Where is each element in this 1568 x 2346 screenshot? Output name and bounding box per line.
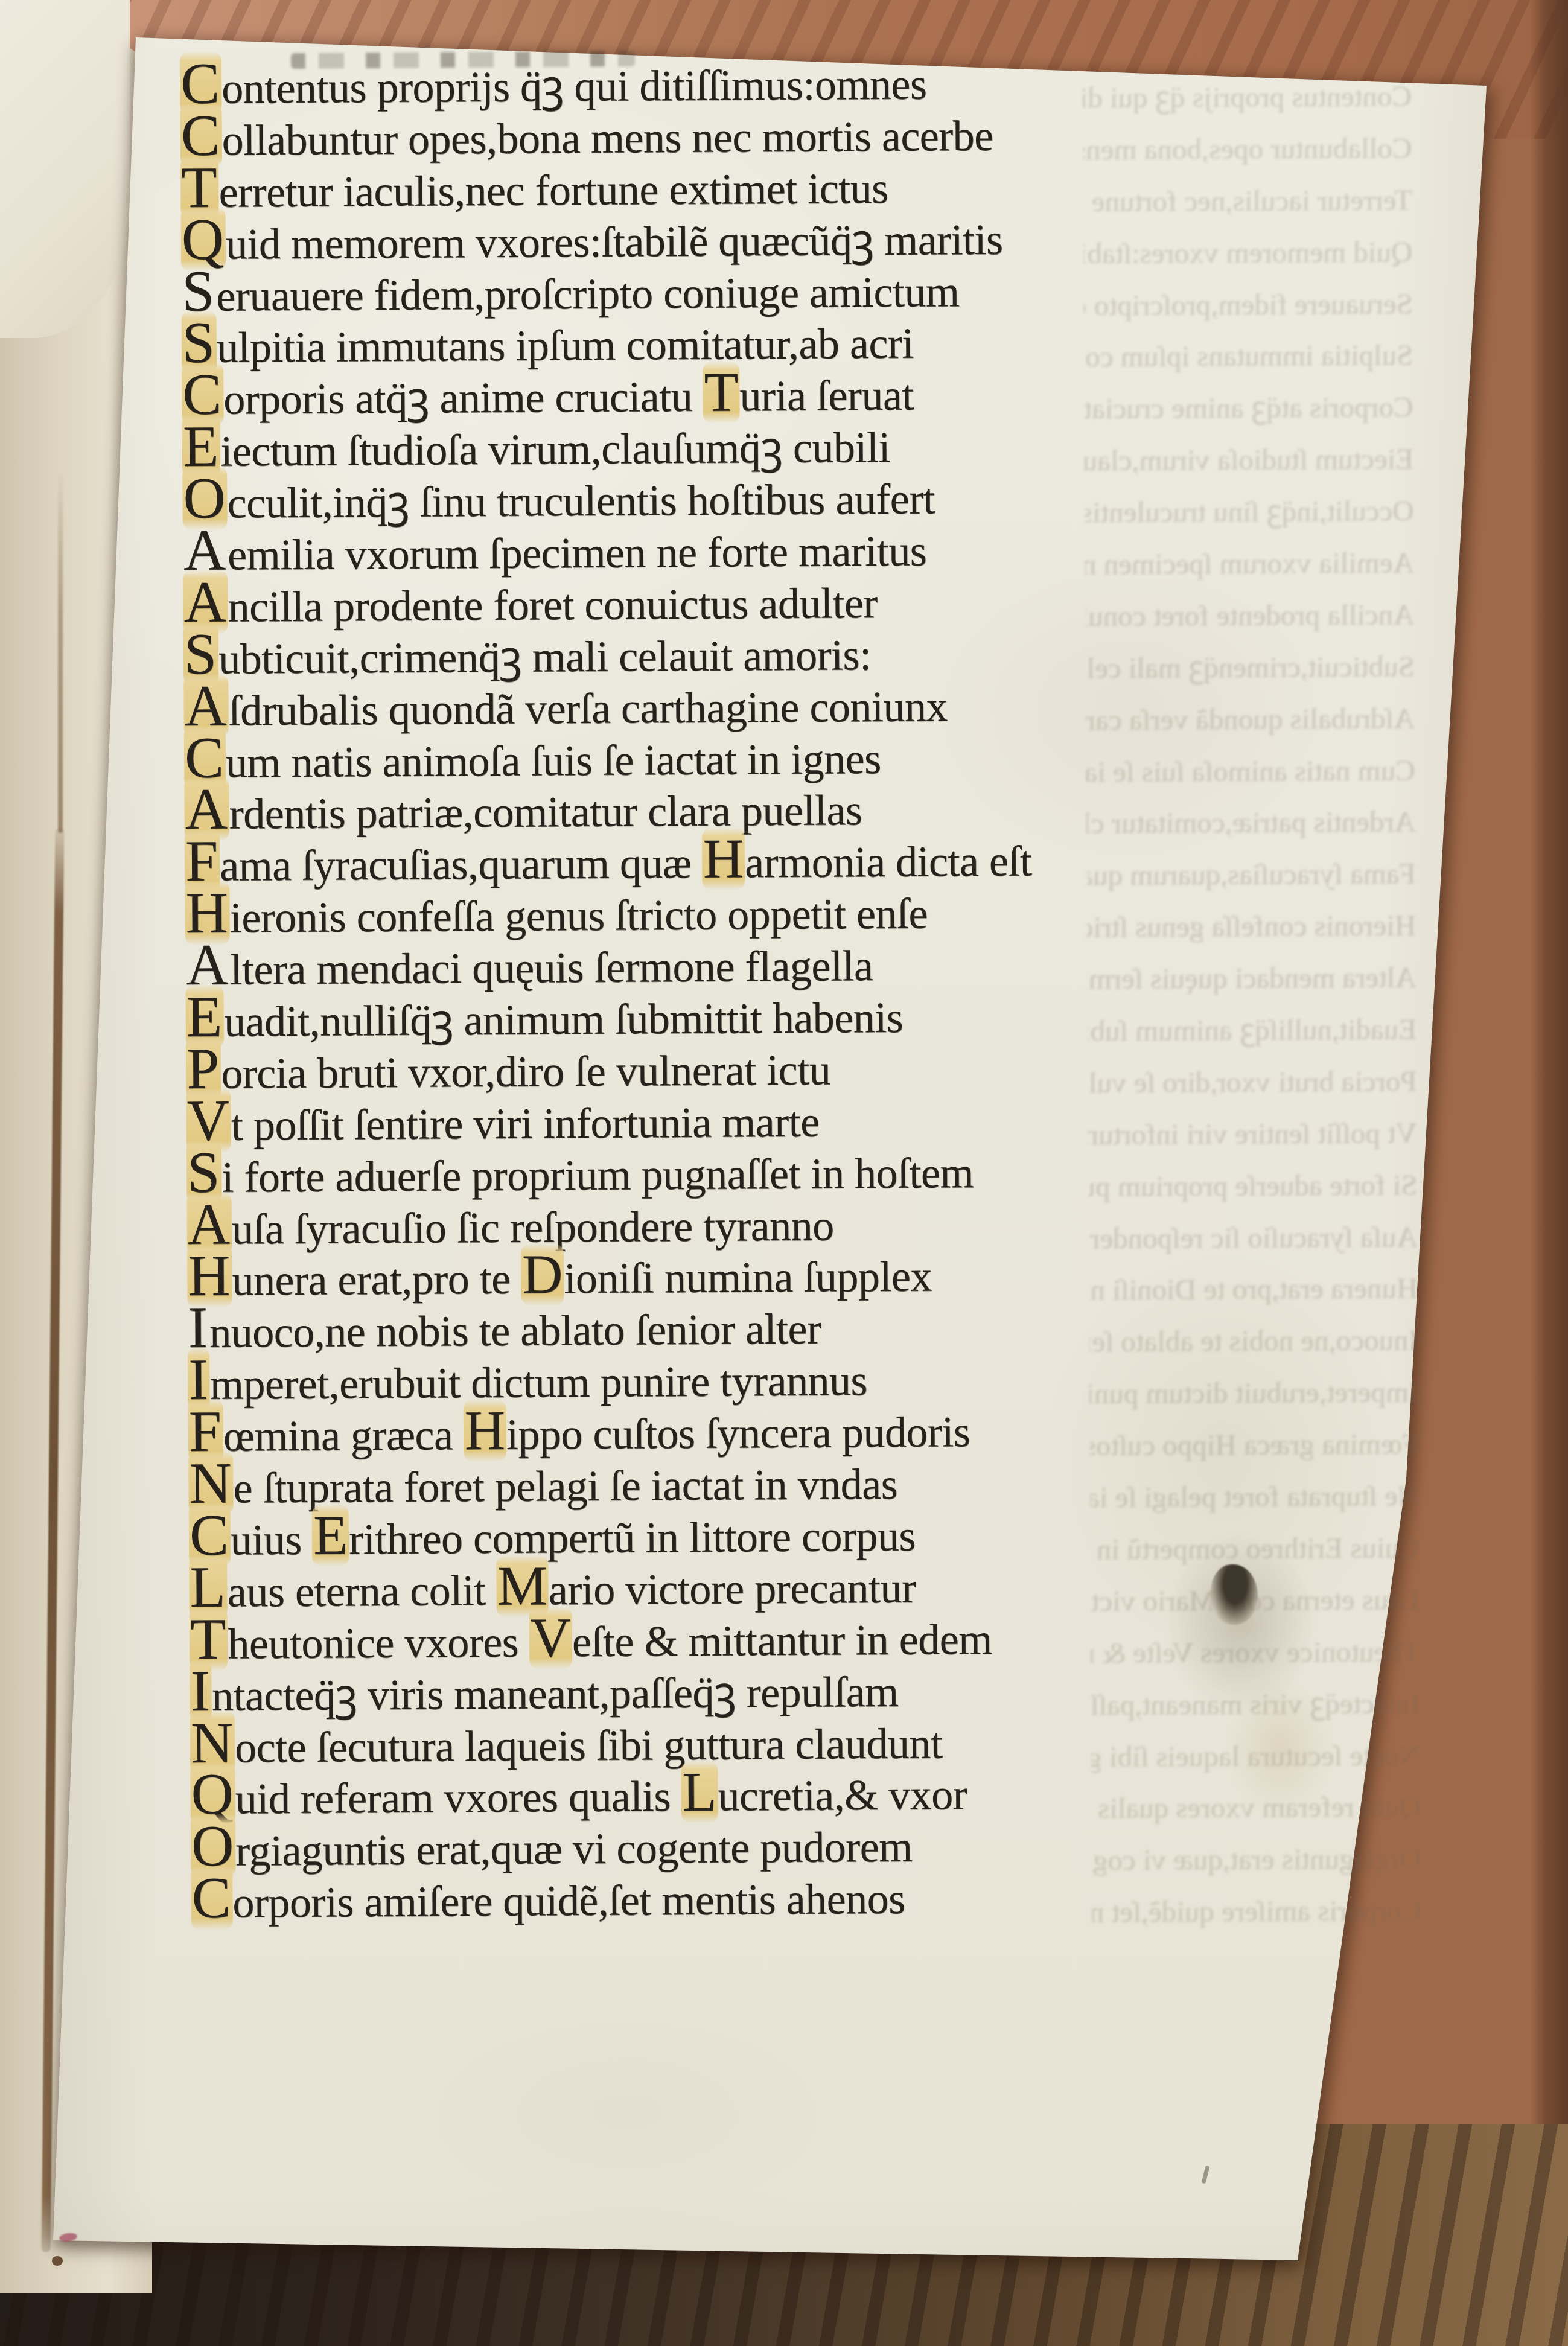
bleed-through-line: Hunera erat,pro te Dioniſi numina ſupple… xyxy=(1089,1263,1418,1316)
poem-line: Imperet,erubuit dictum punire tyrannus xyxy=(188,1348,1129,1406)
line-text: eruauere fidem,proſcripto coniuge amictu… xyxy=(216,267,959,320)
line-text: ieronis confeſſa genus ſtricto oppetit e… xyxy=(230,890,928,942)
midline-capital-highlighted: H xyxy=(463,1400,506,1462)
poem-line: Contentus proprijs q̈ꝫ qui ditiſſimus:om… xyxy=(180,52,1121,109)
poem-line: Fœmina græca Hippo cuſtos ſyncera pudori… xyxy=(188,1400,1130,1458)
bleed-through-line: Corporis amiſere quidẽ,ſet mentis ahenos xyxy=(1092,1885,1421,1939)
bleed-through-line: Auſa ſyracuſio ſic reſpondere tyranno xyxy=(1089,1211,1418,1264)
bleed-through-line: Altera mendaci quęuis ſermone flagella xyxy=(1087,952,1416,1006)
poem-line: Occulit,inq̈ꝫ ſinu truculentis hoſtibus … xyxy=(182,467,1124,524)
poem-line: Ancilla prodente foret conuictus adulter xyxy=(183,570,1124,628)
bleed-through-line: Sulpitia immutans ipſum comitatur,ab acr… xyxy=(1084,330,1413,383)
poem-line: Collabuntur opes,bona mens nec mortis ac… xyxy=(180,104,1122,161)
line-text: rithreo compertũ in littore corpus xyxy=(349,1512,916,1564)
bleed-through-line: Ancilla prodente foret conuictus adulter xyxy=(1085,588,1414,642)
line-text: orporis atq̈ꝫ anime cruciatu xyxy=(223,372,703,424)
line-text: ntacteq̈ꝫ viris maneant,paſſeq̈ꝫ repulſa… xyxy=(212,1667,899,1720)
poem-text-block: Contentus proprijs q̈ꝫ qui ditiſſimus:om… xyxy=(180,52,1133,1924)
midline-capital-highlighted: V xyxy=(529,1607,572,1669)
bleed-through-line: Aſdrubalis quondã verſa carthagine coniu… xyxy=(1086,692,1415,746)
midline-capital-highlighted: T xyxy=(703,362,739,424)
poem-line: Fama ſyracuſias,quarum quæ Harmonia dict… xyxy=(185,830,1126,887)
line-text: iectum ſtudioſa virum,clauſumq̈ꝫ cubili xyxy=(220,423,890,476)
midline-capital-highlighted: D xyxy=(521,1244,564,1306)
line-text: ippo cuſtos ſyncera pudoris xyxy=(506,1407,970,1459)
poem-line: Orgiaguntis erat,quæ vi cogente pudorem xyxy=(191,1815,1132,1872)
poem-line: Nocte ſecutura laqueis ſibi guttura clau… xyxy=(190,1711,1132,1768)
poem-line: Si forte aduerſe proprium pugnaſſet in h… xyxy=(186,1141,1128,1198)
line-text: heutonice vxores xyxy=(228,1618,529,1668)
bleed-through-line: Fama ſyracuſias,quarum quæ Harmonia dict… xyxy=(1087,848,1416,902)
bleed-through-line: Ne ſtuprata foret pelagi ſe iactat in vn… xyxy=(1090,1470,1419,1524)
tan-stain xyxy=(1225,1678,1334,1817)
bleed-through-line: Porcia bruti vxor,diro ſe vulnerat ictu xyxy=(1088,1055,1417,1109)
line-text: aus eterna colit xyxy=(228,1566,497,1616)
line-text: ulpitia immutans ipſum comitatur,ab acri xyxy=(217,319,914,372)
bleed-through-line: Collabuntur opes,bona mens nec mortis ac… xyxy=(1083,122,1412,176)
poem-line: Cum natis animoſa ſuis ſe iactat in igne… xyxy=(184,726,1126,783)
line-text: ſdrubalis quondã verſa carthagine coniun… xyxy=(228,682,948,735)
bleed-through-line: Ardentis patriæ,comitatur clara puellas xyxy=(1086,796,1415,850)
line-text: ubticuit,crimenq̈ꝫ mali celauit amoris: xyxy=(218,631,872,683)
poem-line: Theutonice vxores Veſte & mittantur in e… xyxy=(190,1607,1131,1665)
poem-line: Aemilia vxorum ſpecimen ne forte maritus xyxy=(183,518,1124,576)
line-text: rdentis patriæ,comitatur clara puellas xyxy=(229,786,862,838)
poem-line: Hunera erat,pro te Dioniſi numina ſupple… xyxy=(187,1245,1129,1302)
bleed-through-line: Inuoco,ne nobis te ablato ſenior alter xyxy=(1089,1315,1418,1368)
bleed-through-line: Imperet,erubuit dictum punire tyrannus xyxy=(1089,1366,1418,1420)
line-text: œmina græca xyxy=(223,1410,464,1460)
line-text: mperet,erubuit dictum punire tyrannus xyxy=(209,1356,867,1409)
bleed-through-line: Orgiaguntis erat,quæ vi cogente pudorem xyxy=(1092,1833,1421,1887)
poem-line: Sulpitia immutans ipſum comitatur,ab acr… xyxy=(182,311,1123,369)
line-text: cculit,inq̈ꝫ ſinu truculentis hoſtibus a… xyxy=(227,474,935,527)
poem-line: Cuius Erithreo compertũ in littore corpu… xyxy=(189,1503,1130,1561)
line-text: uadit,nulliſq̈ꝫ animum ſubmittit habenis xyxy=(224,993,904,1046)
line-text: orporis amiſere quidẽ,ſet mentis ahenos xyxy=(232,1875,905,1927)
poem-line: Euadit,nulliſq̈ꝫ animum ſubmittit habeni… xyxy=(185,985,1127,1042)
poem-line: Terretur iaculis,nec fortune extimet ict… xyxy=(180,156,1122,213)
line-text: orcia bruti vxor,diro ſe vulnerat ictu xyxy=(221,1045,830,1097)
line-text: uius xyxy=(230,1516,312,1564)
bleed-through-line: Corporis atq̈ꝫ anime cruciatu Turia ſeru… xyxy=(1084,381,1413,435)
ink-blot xyxy=(1211,1564,1258,1625)
line-text: ncilla prodente foret conuictus adulter xyxy=(228,579,878,631)
poem-line: Vt poſſit ſentire viri infortunia marte xyxy=(186,1089,1127,1146)
line-text: ama ſyracuſias,quarum quæ xyxy=(220,839,702,890)
line-text: i forte aduerſe proprium pugnaſſet in ho… xyxy=(221,1149,974,1202)
bleed-through-line: Seruauere fidem,proſcripto coniuge amict… xyxy=(1084,278,1413,331)
bleed-through-line: Euadit,nulliſq̈ꝫ animum ſubmittit habeni… xyxy=(1088,1004,1417,1057)
midline-capital-highlighted: L xyxy=(681,1761,718,1823)
bleed-through-line: Terretur iaculis,nec fortune extimet ict… xyxy=(1083,174,1412,228)
poem-line: Ne ſtuprata foret pelagi ſe iactat in vn… xyxy=(188,1452,1130,1509)
poem-line: Inuoco,ne nobis te ablato ſenior alter xyxy=(188,1296,1129,1354)
line-text: unera erat,pro te xyxy=(232,1255,521,1305)
bleed-through-line: Fœmina græca Hippo cuſtos ſyncera pudori… xyxy=(1089,1418,1418,1472)
line-text: ioniſi numina ſupplex xyxy=(564,1252,932,1303)
midline-capital-highlighted: E xyxy=(312,1504,349,1566)
poem-line: Intacteq̈ꝫ viris maneant,paſſeq̈ꝫ repulſ… xyxy=(190,1659,1131,1716)
poem-line: Eiectum ſtudioſa virum,clauſumq̈ꝫ cubili xyxy=(182,415,1124,473)
poem-line: Altera mendaci quęuis ſermone flagella xyxy=(185,934,1127,991)
poem-line: Quid memorem vxores:ſtabilẽ quæcũq̈ꝫ mar… xyxy=(181,208,1123,265)
poem-line: Quid referam vxores qualis Lucretia,& vx… xyxy=(190,1763,1132,1820)
midline-capital-highlighted: H xyxy=(702,828,745,890)
line-text: nuoco,ne nobis te ablato ſenior alter xyxy=(209,1305,821,1357)
poem-line: Aſdrubalis quondã verſa carthagine coniu… xyxy=(183,674,1125,732)
photo-of-book-page: Contentus proprijs q̈ꝫ qui ditiſſimus:om… xyxy=(0,0,1568,2346)
line-text: erretur iaculis,nec fortune extimet ictu… xyxy=(218,164,888,217)
line-text: armonia dicta eſt xyxy=(745,837,1032,887)
line-text: uid memorem vxores:ſtabilẽ quæcũq̈ꝫ mari… xyxy=(226,215,1003,268)
poem-line: Seruauere fidem,proſcripto coniuge amict… xyxy=(181,260,1123,317)
line-text: ollabuntur opes,bona mens nec mortis ace… xyxy=(221,112,993,165)
bleed-through-line: Contentus proprijs q̈ꝫ qui ditiſſimus:om… xyxy=(1083,71,1412,124)
poem-line: Hieronis confeſſa genus ſtricto oppetit … xyxy=(185,882,1126,939)
bleed-through-line: Si forte aduerſe proprium pugnaſſet in h… xyxy=(1088,1159,1417,1213)
poem-line: Laus eterna colit Mario victore precantu… xyxy=(189,1555,1130,1613)
bleed-through-line: Occulit,inq̈ꝫ ſinu truculentis hoſtibus … xyxy=(1085,485,1413,539)
line-text: uid referam vxores qualis xyxy=(235,1772,681,1823)
poem-line: Ardentis patriæ,comitatur clara puellas xyxy=(184,778,1126,835)
bleed-through-line: Aemilia vxorum ſpecimen ne forte maritus xyxy=(1085,537,1414,591)
line-text: emilia vxorum ſpecimen ne forte maritus xyxy=(228,526,927,579)
line-text: ucretia,& vxor xyxy=(718,1770,967,1820)
line-text: um natis animoſa ſuis ſe iactat in ignes xyxy=(226,735,881,787)
line-text: ario victore precantur xyxy=(549,1563,916,1614)
line-text: ontentus proprijs q̈ꝫ qui ditiſſimus:omn… xyxy=(221,60,927,112)
poem-line: Corporis amiſere quidẽ,ſet mentis ahenos xyxy=(191,1867,1132,1924)
poem-line: Subticuit,crimenq̈ꝫ mali celauit amoris: xyxy=(183,622,1125,680)
bleed-through-line: Quid memorem vxores:ſtabilẽ quæcũq̈ꝫ mar… xyxy=(1083,226,1412,279)
poem-line: Auſa ſyracuſio ſic reſpondere tyranno xyxy=(187,1193,1129,1250)
line-text: octe ſecutura laqueis ſibi guttura claud… xyxy=(235,1719,943,1771)
poem-line: Porcia bruti vxor,diro ſe vulnerat ictu xyxy=(186,1037,1127,1094)
line-text: eſte & mittantur in edem xyxy=(572,1615,992,1666)
line-text: ltera mendaci quęuis ſermone flagella xyxy=(230,942,873,994)
poem-line: Corporis atq̈ꝫ anime cruciatu Turia ſeru… xyxy=(182,363,1123,421)
initial-capital-highlighted: C xyxy=(191,1866,232,1930)
bleed-through-line: Subticuit,crimenq̈ꝫ mali celauit amoris: xyxy=(1086,640,1415,694)
line-text: t poſſit ſentire viri infortunia marte xyxy=(231,1097,820,1149)
bleed-through-line: Cum natis animoſa ſuis ſe iactat in igne… xyxy=(1086,744,1415,798)
bleed-through-line: Hieronis confeſſa genus ſtricto oppetit … xyxy=(1087,900,1416,954)
bleed-through-line: Eiectum ſtudioſa virum,clauſumq̈ꝫ cubili xyxy=(1085,433,1413,487)
line-text: rgiaguntis erat,quæ vi cogente pudorem xyxy=(235,1823,913,1875)
bleed-through-line: Vt poſſit ſentire viri infortunia marte xyxy=(1088,1107,1417,1161)
line-text: uria ſeruat xyxy=(739,371,914,421)
